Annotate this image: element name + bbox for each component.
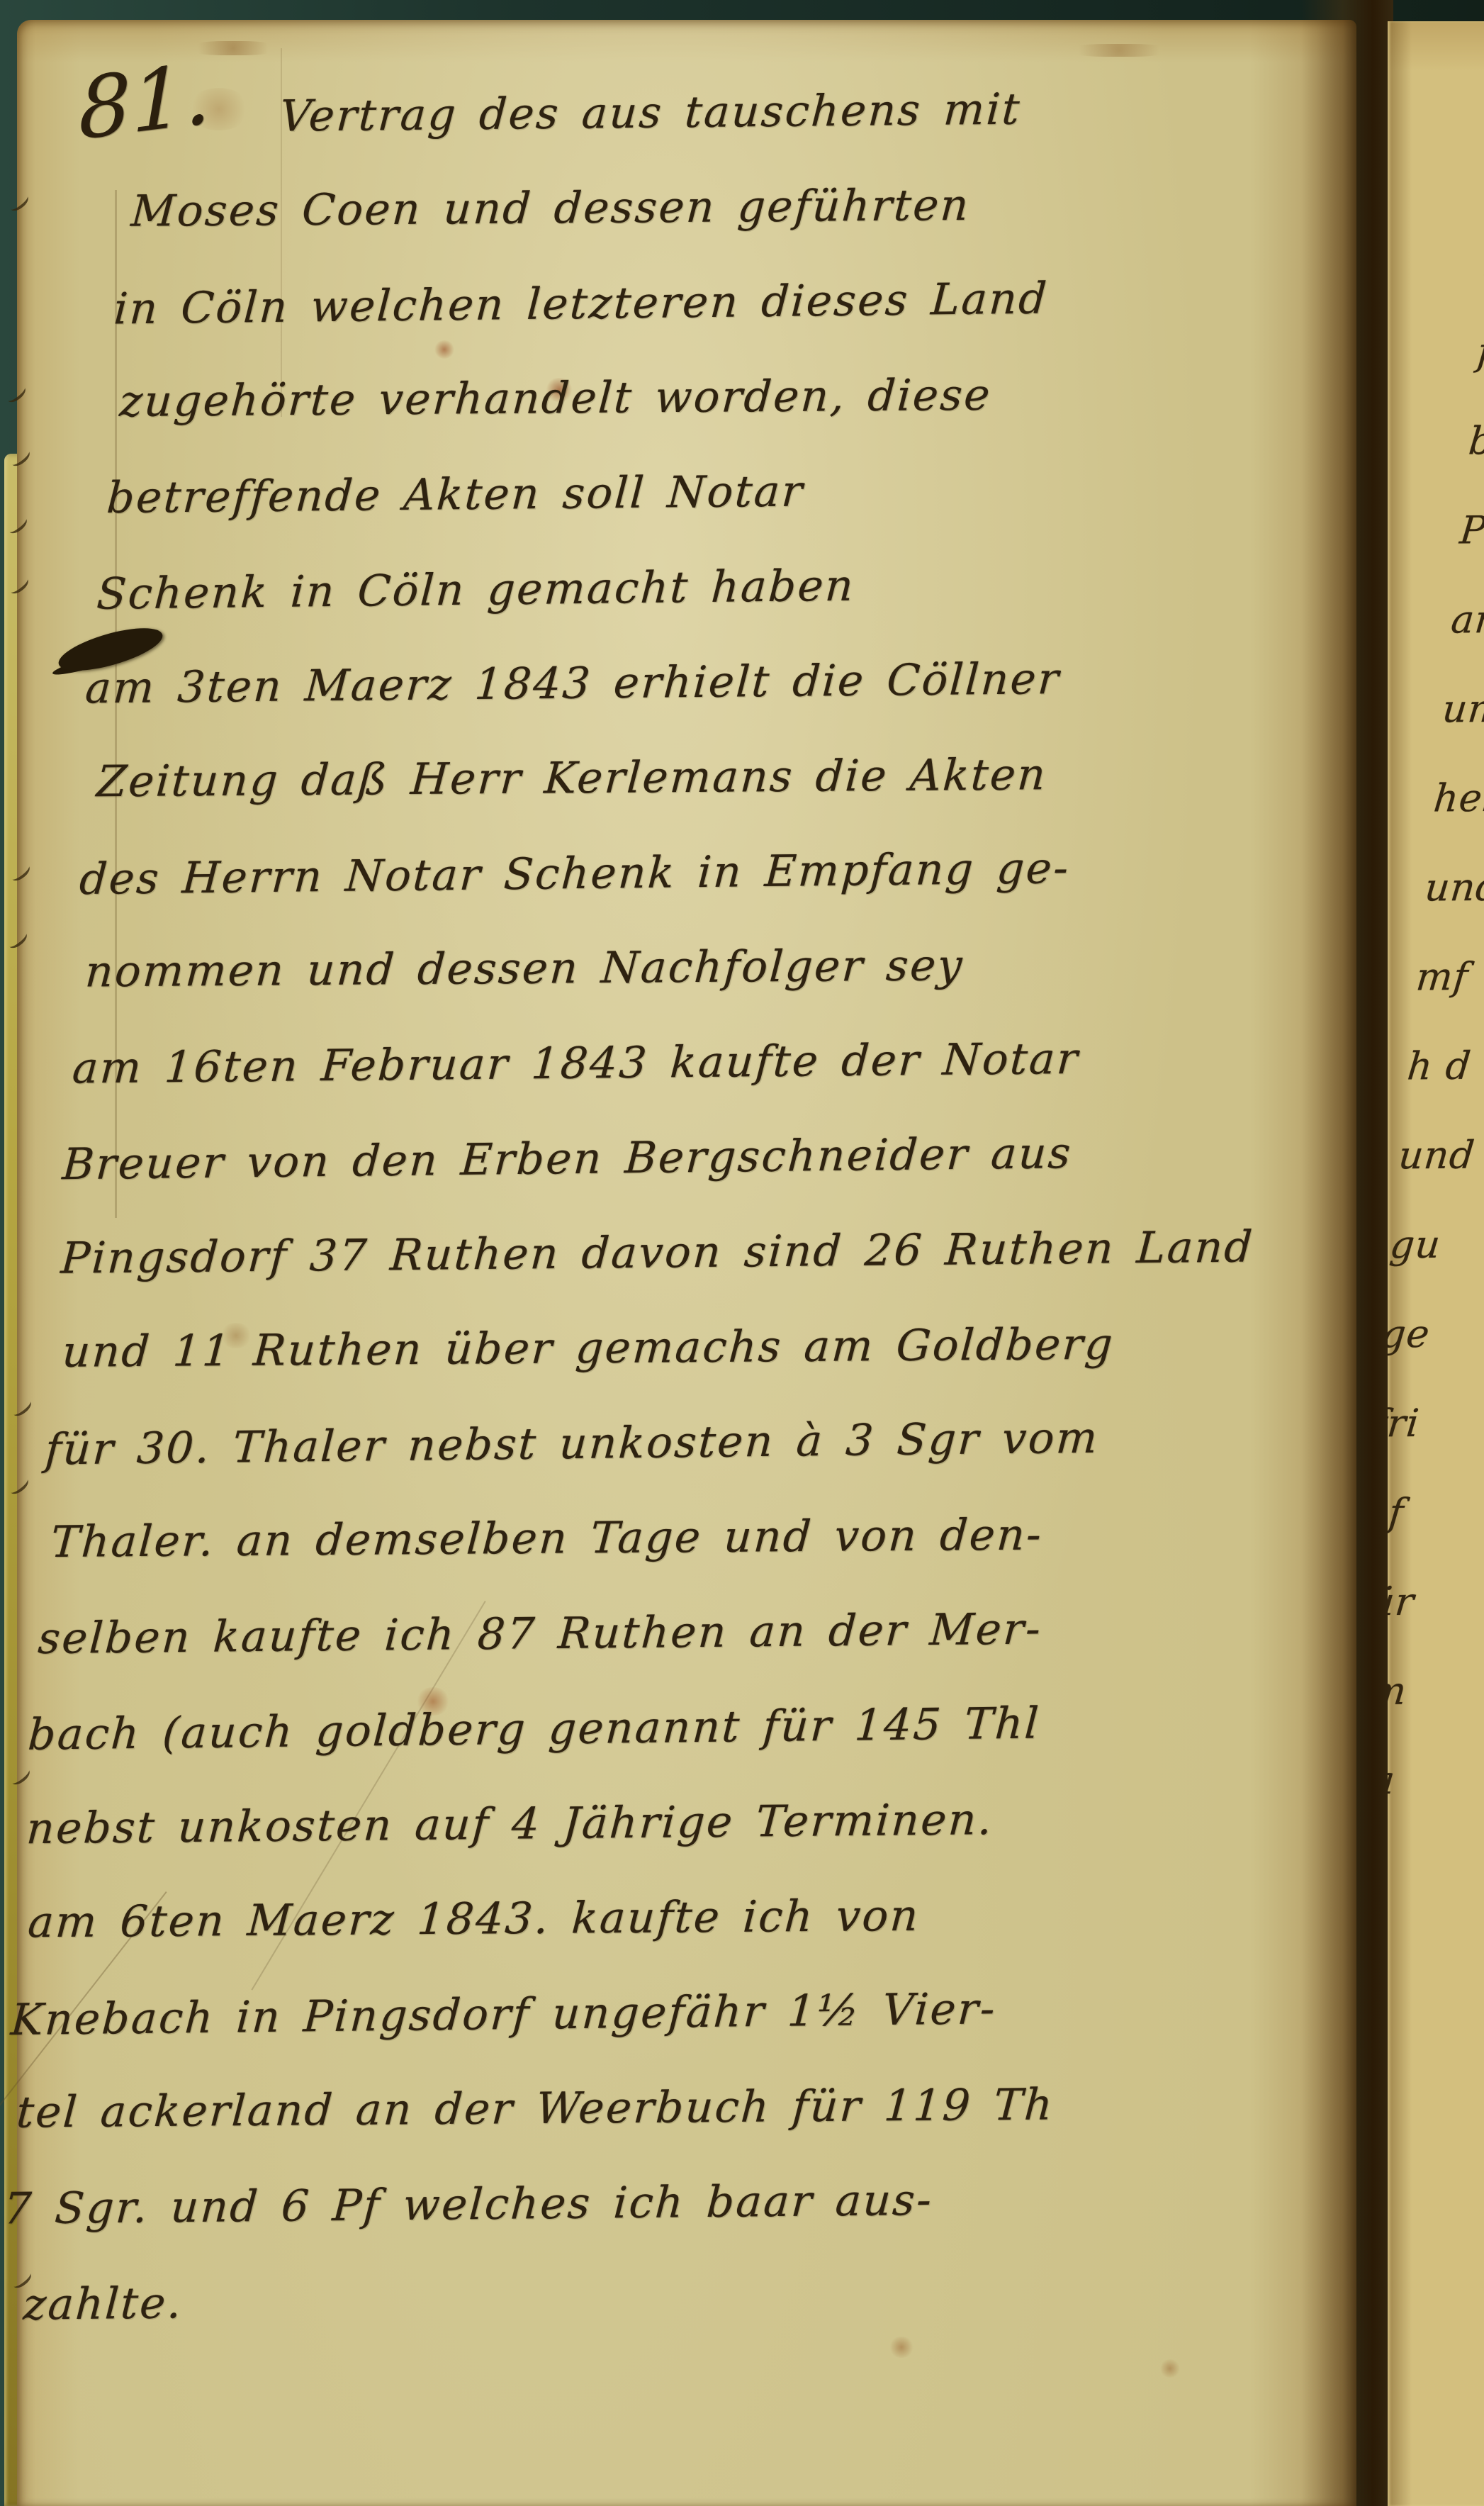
manuscript-line: Zeitung daß Herr Kerlemans die Akten bbox=[94, 725, 1368, 830]
stroke-sliver bbox=[7, 191, 30, 213]
facing-page-fragment: helm bbox=[1432, 773, 1484, 824]
manuscript-line: und 11 Ruthen über gemachs am Goldberg bbox=[60, 1295, 1334, 1400]
facing-page-fragment: für bbox=[1388, 1577, 1450, 1628]
stroke-sliver bbox=[4, 383, 28, 405]
manuscript-line: bach (auch goldberg genannt für 145 Thl bbox=[26, 1673, 1311, 1783]
manuscript-line: Moses Coen und dessen geführten bbox=[128, 155, 1403, 259]
manuscript-text: Vertrag des aus tauschens mitMoses Coen … bbox=[0, 58, 1408, 2351]
manuscript-line: tel ackerland an der Weerbuch für 119 Th bbox=[13, 2056, 1288, 2161]
manuscript-line: am 6ten Maerz 1843. kaufte ich von bbox=[25, 1866, 1299, 1971]
manuscript-line: für 30. Thaler nebst unkosten à 3 Sgr vo… bbox=[43, 1388, 1328, 1498]
facing-page-fragment: am bbox=[1388, 1666, 1441, 1718]
stain bbox=[1159, 2359, 1181, 2378]
book-scan: { "document": { "page_number": "81.", "l… bbox=[0, 0, 1484, 2506]
manuscript-line: Pingsdorf 37 Ruthen davon sind 26 Ruthen… bbox=[58, 1199, 1339, 1306]
manuscript-line: Vertrag des aus tauschens mit bbox=[127, 58, 1408, 165]
manuscript-line: 7 Sgr. und 6 Pf welches ich baar aus- bbox=[1, 2149, 1282, 2256]
facing-page-sliver: amfanNabfümbeilPingamumhelmundmfh dundgu… bbox=[1388, 21, 1484, 2506]
manuscript-line: zahlte. bbox=[21, 2244, 1276, 2353]
facing-page-fragment: um bbox=[1388, 1845, 1423, 1896]
manuscript-line: zugehörte verhandelt worden, diese bbox=[117, 345, 1391, 449]
facing-page-fragment: mf bbox=[1414, 951, 1484, 1003]
facing-page-fragment: füm bbox=[1475, 326, 1484, 378]
manuscript-line: des Herrn Notar Schenk in Empfang ge- bbox=[77, 817, 1362, 927]
manuscript-line: in Cöln welchen letzteren dieses Land bbox=[111, 247, 1397, 357]
book-gutter bbox=[1301, 0, 1393, 2506]
facing-page-fragment: beil bbox=[1466, 415, 1484, 467]
facing-page-fragment: Na bbox=[1388, 1755, 1432, 1807]
stain bbox=[1066, 44, 1172, 57]
facing-page-fragment: bf bbox=[1388, 2112, 1397, 2164]
manuscript-line: Thaler. an demselben Tage und von den- bbox=[48, 1485, 1322, 1590]
facing-page-fragment: gf bbox=[1388, 1487, 1458, 1539]
facing-page-fragment: und bbox=[1422, 862, 1484, 914]
facing-page-fragment: ge bbox=[1388, 1309, 1476, 1360]
manuscript-line: selben kaufte ich 87 Ruthen an der Mer- bbox=[35, 1579, 1317, 1686]
facing-page-fragment: bel bbox=[1388, 1934, 1415, 1986]
facing-page-text: amfanNabfümbeilPingamumhelmundmfh dundgu… bbox=[1388, 21, 1484, 2432]
facing-page-fragment: gu bbox=[1388, 1219, 1484, 1271]
manuscript-line: am 3ten Maerz 1843 erhielt die Cöllner bbox=[82, 629, 1373, 736]
manuscript-line: nommen und dessen Nachfolger sey bbox=[82, 915, 1356, 1020]
facing-page-fragment: fri bbox=[1388, 1398, 1467, 1450]
facing-page-fragment: und bbox=[1396, 1130, 1484, 1182]
facing-page-fragment: zf bbox=[1388, 2201, 1388, 2253]
manuscript-line: am 16ten Februar 1843 kaufte der Notar bbox=[69, 1009, 1351, 1116]
facing-page-fragment: Ping bbox=[1458, 505, 1484, 556]
manuscript-line: betreffende Akten soll Notar bbox=[104, 439, 1385, 546]
manuscript-line: nebst unkosten auf 4 Jährige Terminen. bbox=[23, 1769, 1305, 1876]
facing-page-fragment: wi bbox=[1388, 2023, 1406, 2074]
facing-page-fragment: um bbox=[1440, 683, 1484, 735]
facing-page-fragment: h d bbox=[1405, 1041, 1484, 1092]
facing-page-fragment: am bbox=[1449, 594, 1484, 646]
manuscript-line: Breuer von den Erben Bergschneider aus bbox=[60, 1103, 1345, 1213]
manuscript-line: Schenk in Cöln gemacht haben bbox=[94, 532, 1380, 642]
manuscript-page: 81. Vertrag des aus tauschens mitMoses C… bbox=[17, 20, 1356, 2506]
manuscript-line: Knebach in Pingsdorf ungefähr 1½ Vier- bbox=[8, 1958, 1293, 2068]
